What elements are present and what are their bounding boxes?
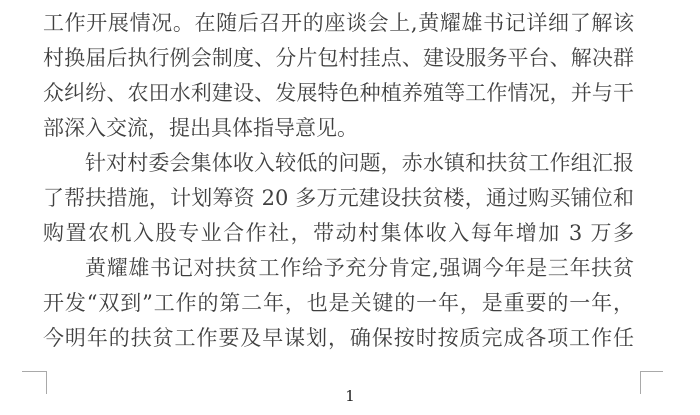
text-line: 村换届后执行例会制度、分片包村挂点、建设服务平台、解决群 bbox=[43, 41, 634, 76]
text-line: 众纠纷、农田水利建设、发展特色种植养殖等工作情况，并与干 bbox=[43, 76, 634, 111]
text-line: 今明年的扶贫工作要及早谋划，确保按时按质完成各项工作任 bbox=[43, 321, 634, 356]
document-text: 工作开展情况。在随后召开的座谈会上,黄耀雄书记详细了解该村换届后执行例会制度、分… bbox=[43, 6, 634, 356]
page-number: 1 bbox=[0, 387, 700, 405]
text-line: 黄耀雄书记对扶贫工作给予充分肯定,强调今年是三年扶贫 bbox=[43, 251, 634, 286]
text-line: 开发“双到”工作的第二年，也是关键的一年，是重要的一年， bbox=[43, 286, 634, 321]
text-line: 部深入交流，提出具体指导意见。 bbox=[43, 111, 634, 146]
text-line: 针对村委会集体收入较低的问题，赤水镇和扶贫工作组汇报 bbox=[43, 146, 634, 181]
document-page: 工作开展情况。在随后召开的座谈会上,黄耀雄书记详细了解该村换届后执行例会制度、分… bbox=[0, 0, 700, 415]
text-line: 了帮扶措施，计划筹资 20 多万元建设扶贫楼，通过购买铺位和 bbox=[43, 181, 634, 216]
text-line: 购置农机入股专业合作社，带动村集体收入每年增加 3 万多元。 bbox=[43, 216, 634, 251]
text-line: 工作开展情况。在随后召开的座谈会上,黄耀雄书记详细了解该 bbox=[43, 6, 634, 41]
